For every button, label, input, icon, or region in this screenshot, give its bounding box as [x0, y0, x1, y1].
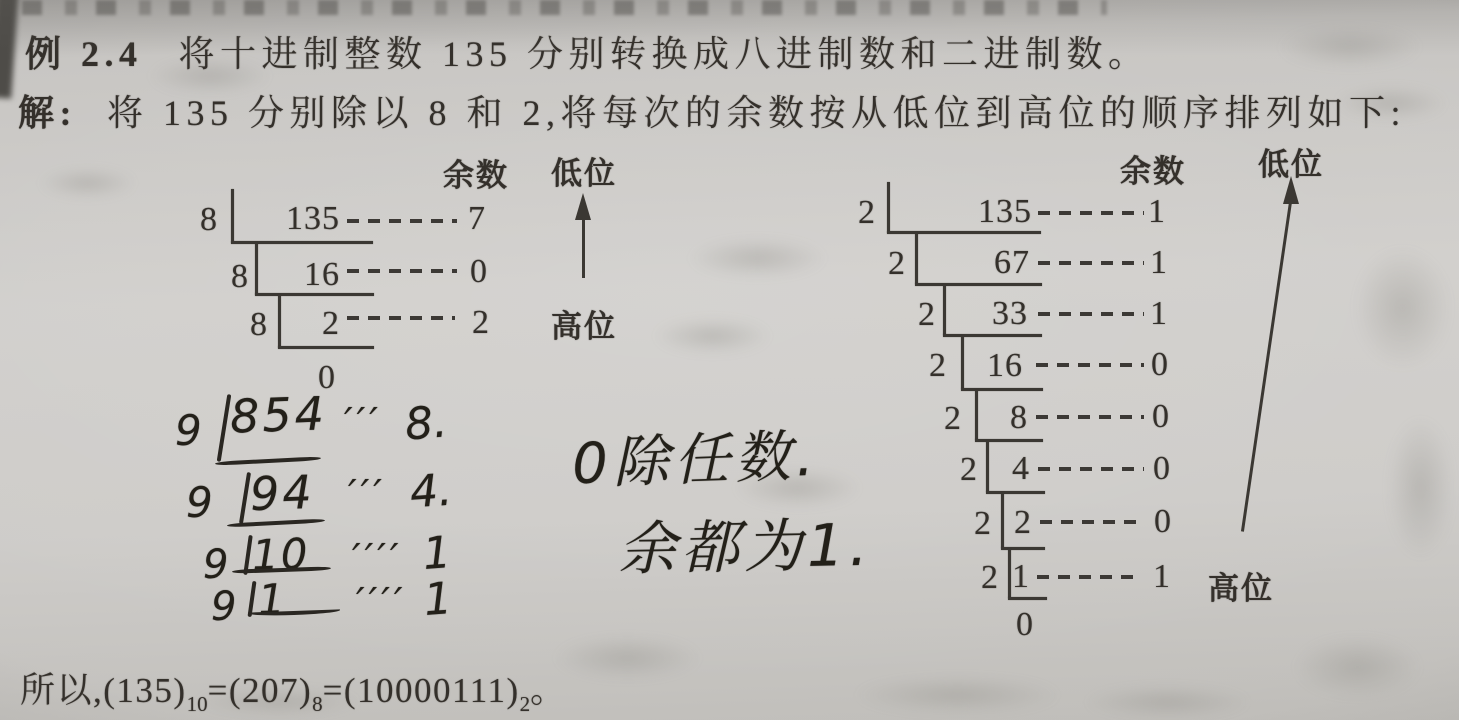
dividend: 4 — [932, 450, 1030, 488]
dividend: 1 — [932, 558, 1030, 596]
equals-sign: = — [208, 671, 229, 710]
bleedthrough-smudge — [1355, 248, 1450, 368]
divisor: 2 — [888, 245, 906, 283]
bleedthrough-smudge — [690, 238, 825, 278]
solution-line: 解:将 135 分别除以 8 和 2,将每次的余数按从低位到高位的顺序排列如下: — [18, 85, 1406, 136]
division-underline — [887, 231, 1041, 234]
divisor: 8 — [200, 201, 218, 239]
divisor: 9 — [203, 542, 228, 588]
division-underline — [255, 293, 374, 296]
up-arrow — [575, 193, 591, 220]
decimal-value: (135) — [103, 671, 186, 710]
example-title: 将十进制整数 135 分别转换成八进制数和二进制数。 — [179, 34, 1150, 74]
sentence-terminator: 。 — [530, 671, 567, 710]
remainder-header: 余数 — [1120, 146, 1186, 191]
dividend: 1 — [257, 575, 285, 625]
bleedthrough-smudge — [40, 168, 135, 198]
remainder-dashes — [1036, 415, 1144, 419]
remainder-ticks: ′′′ — [344, 400, 382, 444]
bleedthrough-smudge — [1280, 26, 1420, 68]
division-bracket — [887, 182, 890, 233]
solution-label: 解: — [18, 93, 77, 133]
final-quotient: 0 — [1016, 606, 1034, 644]
remainder: 1 — [1150, 295, 1168, 333]
division-underline — [961, 388, 1043, 391]
dividend: 135 — [932, 193, 1032, 231]
remainder-dashes — [347, 316, 455, 320]
remainder-dashes — [1038, 211, 1144, 215]
handwritten-note-line1: 0除任数. — [571, 412, 820, 501]
remainder-dashes — [1038, 261, 1144, 265]
dividend: 854 — [229, 386, 328, 443]
remainder-dashes — [1038, 467, 1144, 471]
remainder: 0 — [1151, 346, 1169, 384]
textbook-photo: 例 2.4将十进制整数 135 分别转换成八进制数和二进制数。 解:将 135 … — [0, 0, 1459, 720]
remainder: 0 — [1152, 398, 1170, 436]
division-underline — [943, 334, 1042, 337]
bleedthrough-smudge — [1388, 418, 1453, 558]
remainder: 0 — [1153, 450, 1171, 488]
remainder: 7 — [468, 200, 486, 238]
division-bracket — [915, 233, 918, 284]
divisor: 9 — [175, 406, 202, 455]
remainder-ticks: ′′′′ — [352, 536, 403, 580]
bleedthrough-smudge — [1295, 636, 1420, 698]
dividend: 33 — [930, 295, 1028, 333]
octal-value: (207) — [229, 671, 312, 710]
up-arrow-stem — [582, 218, 585, 278]
cropped-text-line — [22, 0, 1107, 15]
octal-base: 8 — [312, 692, 323, 716]
example-label: 例 2.4 — [25, 34, 143, 74]
bleedthrough-smudge — [1085, 686, 1250, 718]
remainder-dashes — [347, 269, 457, 273]
conclusion-line: 所以,(135)10=(207)8=(10000111)2。 — [20, 663, 567, 717]
dividend: 67 — [932, 244, 1030, 282]
division-underline — [1008, 597, 1047, 600]
up-arrow — [1283, 176, 1299, 204]
remainder-dashes — [347, 219, 457, 223]
dividend: 94 — [249, 465, 315, 521]
division-underline — [915, 283, 1042, 286]
remainder: 2 — [472, 304, 490, 342]
dividend: 16 — [242, 256, 340, 294]
dividend: 8 — [930, 399, 1028, 437]
remainder: 1 — [1153, 558, 1171, 596]
remainder: 1 — [422, 573, 453, 626]
remainder: 0 — [470, 253, 488, 291]
dividend: 135 — [222, 200, 340, 238]
dividend: 2 — [934, 504, 1032, 542]
bleedthrough-smudge — [655, 318, 770, 354]
divisor: 2 — [858, 194, 876, 232]
remainder-header: 余数 — [443, 150, 509, 195]
division-underline — [231, 241, 373, 244]
conclusion-lead: 所以, — [20, 671, 103, 710]
remainder-ticks: ′′′ — [348, 472, 386, 516]
remainder-ticks: ′′′′ — [356, 580, 407, 624]
equals-sign: = — [323, 671, 344, 710]
up-arrow-stem — [1241, 202, 1292, 532]
remainder: 4. — [408, 465, 453, 519]
binary-base: 2 — [520, 692, 531, 716]
remainder: 1 — [421, 527, 452, 580]
divisor: 9 — [186, 478, 213, 527]
bleedthrough-smudge — [555, 636, 700, 680]
bleedthrough-smudge — [855, 676, 1060, 714]
handwritten-note-line2: 余都为1. — [617, 498, 873, 586]
remainder-dashes — [1037, 575, 1140, 579]
decimal-base: 10 — [187, 692, 208, 716]
dividend: 16 — [925, 347, 1023, 385]
dividend: 2 — [262, 305, 340, 343]
division-underline — [278, 346, 374, 349]
division-underline — [986, 491, 1045, 494]
example-heading: 例 2.4将十进制整数 135 分别转换成八进制数和二进制数。 — [25, 26, 1150, 77]
remainder-dashes — [1036, 363, 1144, 367]
remainder: 8. — [403, 396, 449, 450]
high-order-label: 高位 — [551, 301, 617, 346]
remainder-dashes — [1038, 312, 1144, 316]
page-edge-shadow — [0, 0, 19, 99]
remainder: 1 — [1148, 193, 1166, 231]
binary-value: (10000111) — [344, 671, 520, 710]
remainder: 0 — [1154, 503, 1172, 541]
high-order-label: 高位 — [1208, 563, 1274, 608]
remainder: 1 — [1150, 244, 1168, 282]
divisor: 9 — [211, 584, 236, 630]
low-order-label: 低位 — [551, 148, 617, 193]
remainder-dashes — [1040, 520, 1144, 524]
solution-text: 将 135 分别除以 8 和 2,将每次的余数按从低位到高位的顺序排列如下: — [107, 93, 1406, 133]
